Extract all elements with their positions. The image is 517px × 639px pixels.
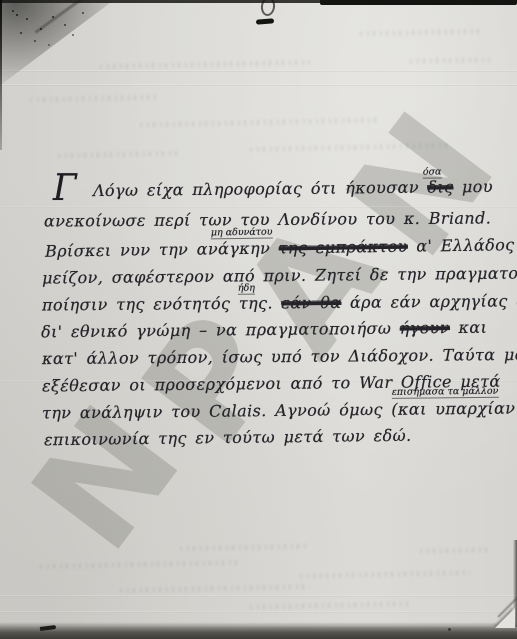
scan-edge-top-right [320,0,517,5]
bleed-through-text [30,95,160,103]
struck-word: εάν θα [281,293,341,313]
bleed-through-text [420,547,490,553]
line-text: ποίησιν της ενότητός της. [42,293,282,314]
scan-edge-bottom [0,627,517,639]
handwriting-line: ποίησιν της ενότητός της. εάν θα άρα εάν… [42,292,517,313]
line-text: Βρίσκει νυν την ανάγκην [45,238,279,260]
bleed-through-text [410,57,490,64]
line-text: Λόγω είχα πληροφορίας ότι ήκουσαν [93,178,428,201]
handwriting-line: μείζον, σαφέστερον από πριν. Ζητεί δε τη… [42,265,517,286]
bleed-through-text [140,117,380,127]
fold-line [0,611,517,613]
bleed-through-text [58,151,178,159]
line-text: μείζον, σαφέστερον από πριν. Ζητεί δε τη… [42,263,517,287]
struck-word: δις [427,177,453,196]
interlinear-insertion: όσα [423,167,442,178]
paragraph-mark: Γ [53,166,77,209]
ink-dash-mark [256,18,274,24]
line-text: δι' εθνικό γνώμη – να πραγματοποιήσω [41,319,400,342]
bleed-through-text [120,584,310,593]
handwriting-line: Λόγω είχα πληροφορίας ότι ήκουσαν δις μο… [93,179,493,199]
line-text: επικοινωνία της εν τούτω μετά των εδώ. [44,426,412,449]
interlinear-insertion: μη αδυνάτου [211,228,273,239]
scanned-manuscript-page: ΝΡΑΝ Γ Λόγω είχα πληροφορίας ότι ήκουσαν… [0,0,517,639]
line-text: κατ' άλλον τρόπον, ίσως υπό τον Διάδοχον… [42,345,517,368]
bleed-through-text [100,60,310,69]
fold-line [0,70,517,72]
fold-line [0,206,517,208]
scan-edge-left [0,0,2,150]
bleed-through-text [300,570,470,579]
line-text: α' Ελλάδος διά το [408,234,517,255]
struck-word: ήγουν [400,318,450,338]
line-text: άρα εάν αρχηγίας ο Βασιλεύς [341,290,517,311]
handwriting-line: την ανάληψιν του Calais. Αγνοώ όμως (και… [42,401,516,422]
stain-speckles [12,10,14,12]
line-text: την ανάληψιν του Calais. Αγνοώ όμως (και… [42,399,516,423]
handwriting-line: δι' εθνικό γνώμη – να πραγματοποιήσω ήγο… [41,320,487,341]
line-text: μου [453,177,493,196]
interlinear-insertion: ήδη [238,284,255,295]
struck-word: της εμπράκτου [279,237,408,258]
ink-speck [448,628,451,631]
handwriting-line: κατ' άλλον τρόπον, ίσως υπό τον Διάδοχον… [42,347,517,367]
fold-line [0,595,517,597]
handwriting-line: επικοινωνία της εν τούτω μετά των εδώ. [44,428,412,448]
corner-stain [0,0,130,93]
bleed-through-text [180,544,310,552]
bleed-through-text [360,29,480,37]
fold-line [0,84,517,86]
bleed-through-text [250,601,410,609]
line-text: και [450,318,487,337]
interlinear-insertion: επισήμασα τα μάλλον [392,387,499,399]
